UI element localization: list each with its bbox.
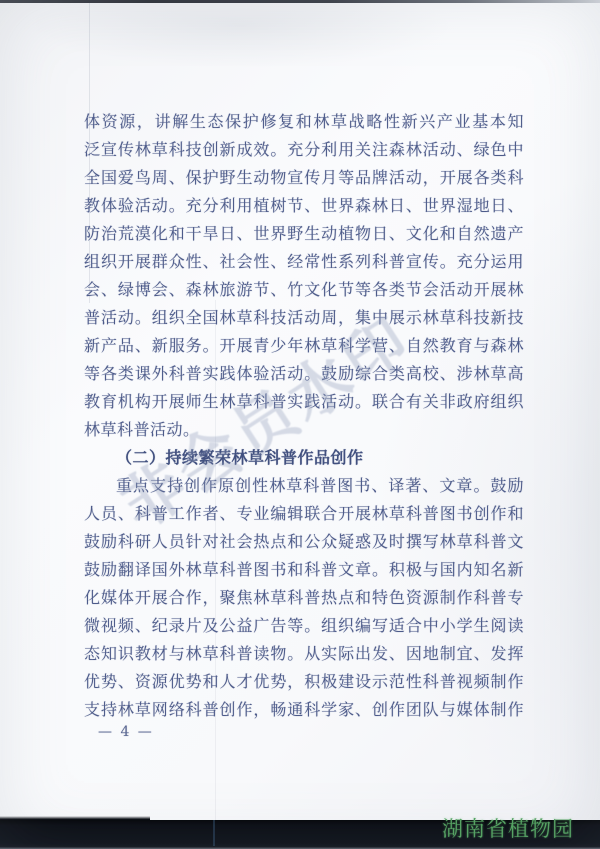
body-line: 会、绿博会、森林旅游节、竹文化节等各类节会活动开展林草科 [84,276,524,304]
body-line: 防治荒漠化和干旱日、世界野生动植物日、文化和自然遗产日等， [84,220,524,248]
body-line: 重点支持创作原创性林草科普图书、译著、文章。鼓励科研 [84,472,524,500]
body-line: 教体验活动。充分利用植树节、世界森林日、世界湿地日、世界 [84,192,524,220]
body-line: 鼓励科研人员针对社会热点和公众疑惑及时撰写林草科普文章， [84,528,524,556]
scan-bottom-bar: 湖南省植物园 [0,820,600,849]
body-line: 教育机构开展师生林草科普实践活动。联合有关非政府组织开展 [84,388,524,416]
body-line: 态知识教材与林草科普读物。从实际出发、因地制宜、发挥地域 [84,640,524,668]
body-line: 人员、科普工作者、专业编辑联合开展林草科普图书创作和推广， [84,500,524,528]
body-line: 新产品、新服务。开展青少年林草科学营、自然教育与森林康养 [84,332,524,360]
page-number: — 4 — [98,724,154,740]
body-line: 优势、资源优势和人才优势，积极建设示范性科普视频制作基地。 [84,668,524,696]
body-line: 泛宣传林草科技创新成效。充分利用关注森林活动、绿色中国行、 [84,136,524,164]
body-line: 化媒体开展合作，聚焦林草科普热点和特色资源制作科普专题片、 [84,584,524,612]
scan-bar-edge-artifact [0,816,150,820]
body-line: 组织开展群众性、社会性、经常性系列科普宣传。充分运用世园 [84,248,524,276]
document-body: 体资源，讲解生态保护修复和林草战略性新兴产业基本知识，广 泛宣传林草科技创新成效… [84,108,524,724]
body-line: 微视频、纪录片及公益广告等。组织编写适合中小学生阅读的生 [84,612,524,640]
scan-top-edge-artifact [0,0,600,3]
scanned-document-page: 非会员水印 体资源，讲解生态保护修复和林草战略性新兴产业基本知识，广 泛宣传林草… [0,0,600,849]
body-line: 支持林草网络科普创作，畅通科学家、创作团队与媒体制作的联 [84,696,524,724]
body-line: 体资源，讲解生态保护修复和林草战略性新兴产业基本知识，广 [84,108,524,136]
body-line: 全国爱鸟周、保护野生动物宣传月等品牌活动，开展各类科普宣 [84,164,524,192]
section-heading: （二）持续繁荣林草科普作品创作 [84,444,524,472]
site-watermark-label: 湖南省植物园 [442,816,574,842]
scan-bar-seam-artifact [213,820,215,846]
body-line: 林草科普活动。 [84,416,524,444]
body-line: 普活动。组织全国林草科技活动周，集中展示林草科技新技术、 [84,304,524,332]
body-line: 等各类课外科普实践体验活动。鼓励综合类高校、涉林草高校等 [84,360,524,388]
body-line: 鼓励翻译国外林草科普图书和科普文章。积极与国内知名新闻文 [84,556,524,584]
